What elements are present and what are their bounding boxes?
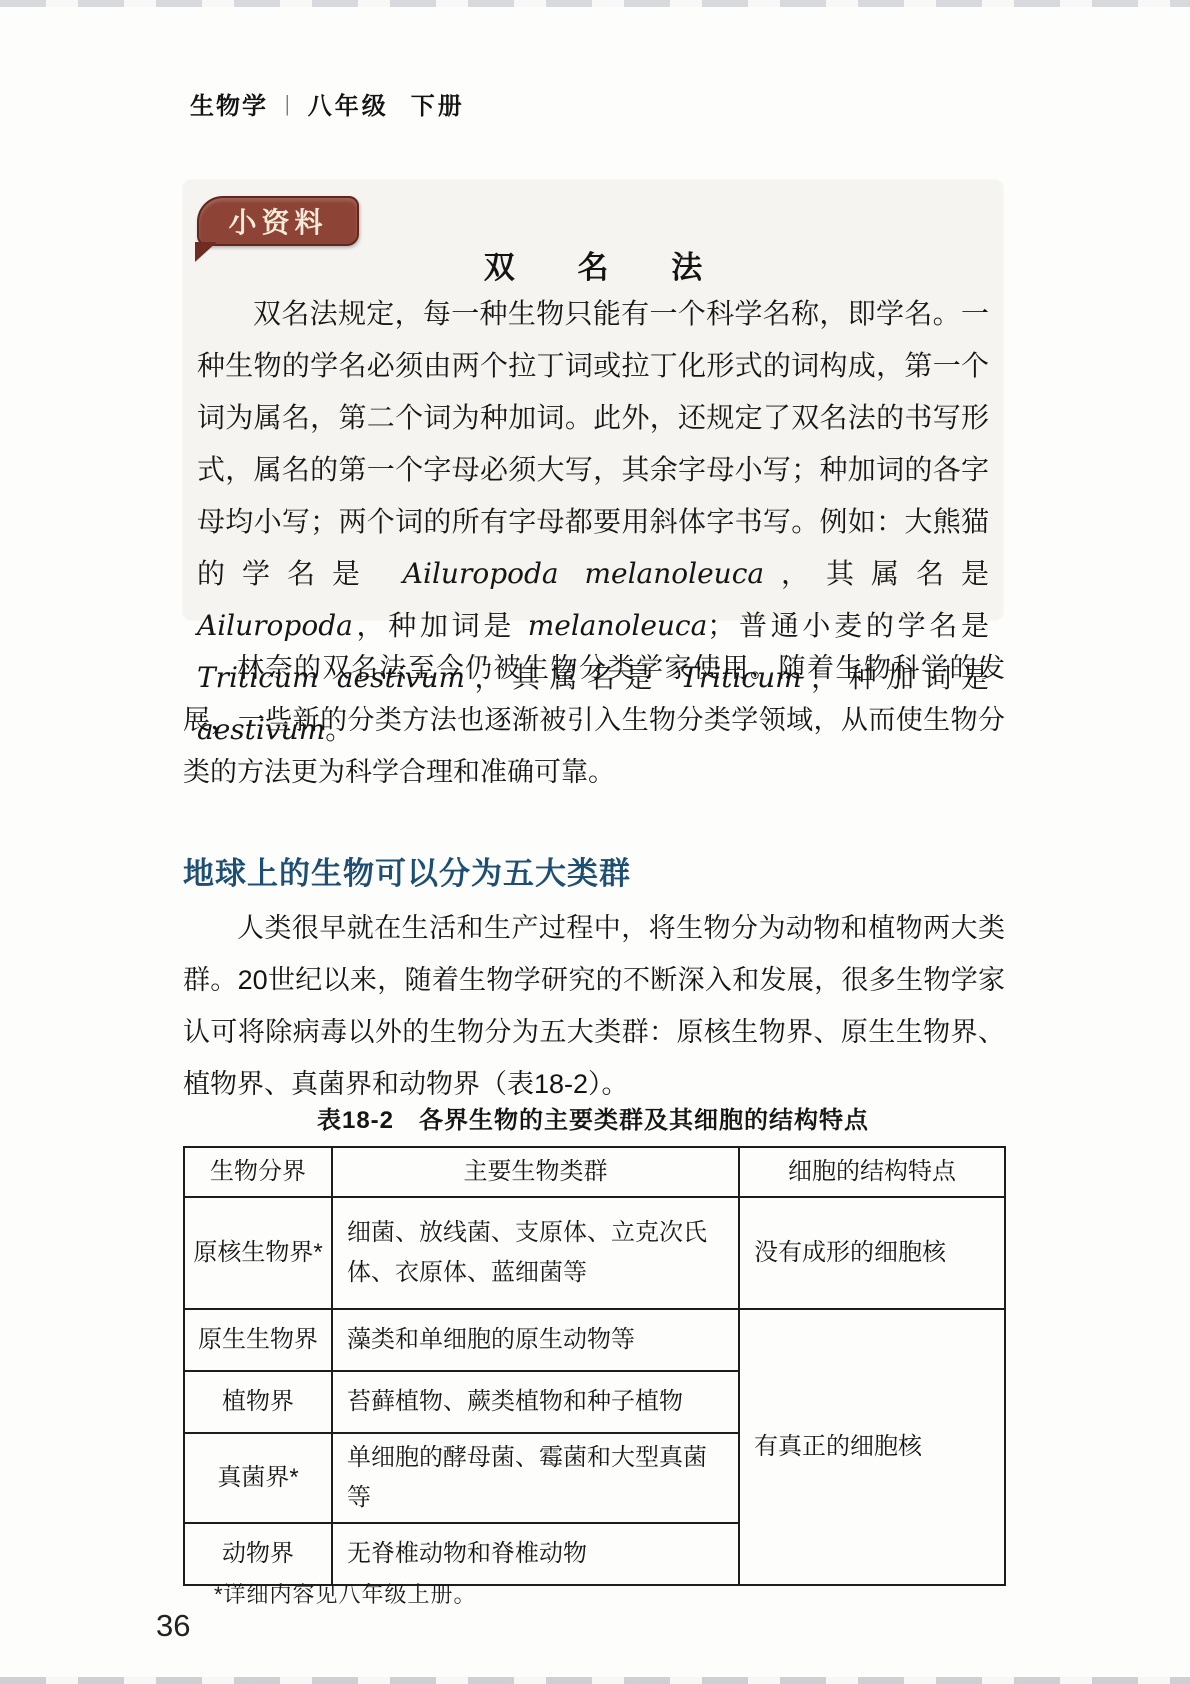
table-caption: 表18-2 各界生物的主要类群及其细胞的结构特点 xyxy=(183,1100,1003,1135)
cell-groups: 细菌、放线菌、支原体、立克次氏体、衣原体、蓝细菌等 xyxy=(332,1197,739,1309)
kingdoms-table: 生物分界 主要生物类群 细胞的结构特点 原核生物界* 细菌、放线菌、支原体、立克… xyxy=(183,1146,1006,1586)
grade-label: 八年级 xyxy=(308,86,389,121)
cell-kingdom: 原核生物界* xyxy=(184,1197,332,1309)
table-footnote: *详细内容见八年级上册。 xyxy=(214,1578,477,1609)
page-number: 36 xyxy=(156,1608,190,1644)
cell-feature-merged: 有真正的细胞核 xyxy=(739,1309,1005,1585)
table-header-row: 生物分界 主要生物类群 细胞的结构特点 xyxy=(184,1147,1005,1197)
cell-kingdom: 植物界 xyxy=(184,1371,332,1433)
table-row: 原核生物界* 细菌、放线菌、支原体、立克次氏体、衣原体、蓝细菌等 没有成形的细胞… xyxy=(184,1197,1005,1309)
paragraph-five-kingdoms: 人类很早就在生活和生产过程中，将生物分为动物和植物两大类群。20世纪以来，随着生… xyxy=(183,902,1005,1110)
paragraph-linnaeus: 林奈的双名法至今仍被生物分类学家使用。随着生物科学的发展，一些新的分类方法也逐渐… xyxy=(183,642,1005,798)
textbook-page: 生物学 | 八年级 下册 小资料 双 名 法 双名法规定，每一种生物只能有一个科… xyxy=(0,0,1190,1684)
cell-feature: 没有成形的细胞核 xyxy=(739,1197,1005,1309)
section-heading: 地球上的生物可以分为五大类群 xyxy=(183,848,631,893)
header-cell-groups: 主要生物类群 xyxy=(332,1147,739,1197)
cell-groups: 藻类和单细胞的原生动物等 xyxy=(332,1309,739,1371)
infobox-panel: 小资料 双 名 法 双名法规定，每一种生物只能有一个科学名称，即学名。一种生物的… xyxy=(183,180,1003,620)
cell-groups: 无脊椎动物和脊椎动物 xyxy=(332,1523,739,1585)
header-cell-kingdom: 生物分界 xyxy=(184,1147,332,1197)
infobox-title: 双 名 法 xyxy=(183,242,1003,287)
cell-kingdom: 真菌界* xyxy=(184,1433,332,1523)
header-cell-feature: 细胞的结构特点 xyxy=(739,1147,1005,1197)
cell-kingdom: 原生生物界 xyxy=(184,1309,332,1371)
infobox-tab: 小资料 xyxy=(197,196,359,246)
cell-groups: 单细胞的酵母菌、霉菌和大型真菌等 xyxy=(332,1433,739,1523)
scan-edge-bottom xyxy=(0,1677,1190,1684)
cell-kingdom: 动物界 xyxy=(184,1523,332,1585)
book-title: 生物学 xyxy=(190,86,268,121)
running-head: 生物学 | 八年级 下册 xyxy=(190,86,465,121)
infobox-tab-label: 小资料 xyxy=(228,201,327,241)
scan-edge-top xyxy=(0,0,1190,7)
volume-label: 下册 xyxy=(411,86,465,121)
cell-groups: 苔藓植物、蕨类植物和种子植物 xyxy=(332,1371,739,1433)
header-divider: | xyxy=(286,91,291,117)
table-row: 原生生物界 藻类和单细胞的原生动物等 有真正的细胞核 xyxy=(184,1309,1005,1371)
